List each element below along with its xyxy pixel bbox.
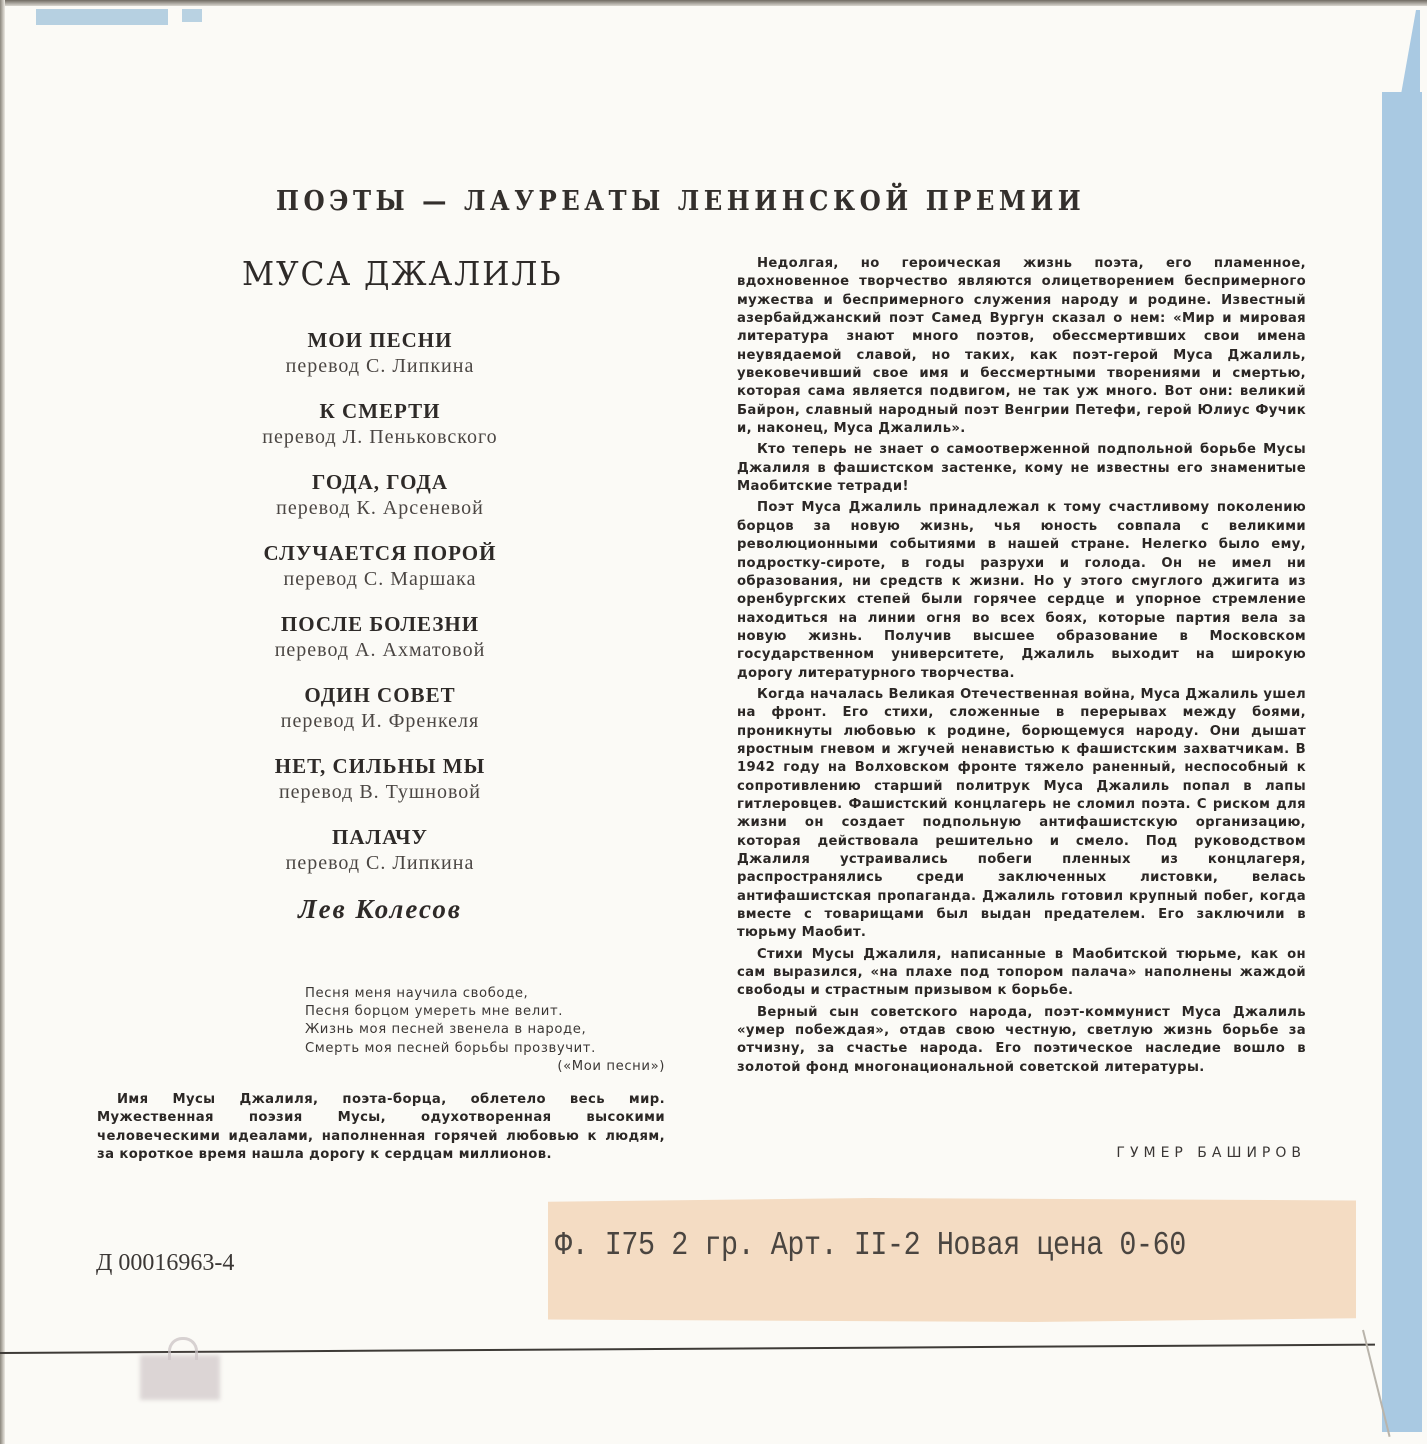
track-item: МОИ ПЕСНИ перевод С. Липкина: [230, 326, 530, 397]
article-paragraph: Поэт Муса Джалиль принадлежал к тому сча…: [737, 499, 1306, 682]
series-title: ПОЭТЫ — ЛАУРЕАТЫ ЛЕНИНСКОЙ ПРЕМИИ: [276, 186, 1032, 217]
track-translator: перевод К. Арсеневой: [230, 496, 530, 520]
track-item: ОДИН СОВЕТ перевод И. Френкеля: [230, 681, 530, 752]
tape-strip-right-top: [1400, 10, 1420, 100]
article-paragraph: Недолгая, но героическая жизнь поэта, ег…: [737, 255, 1306, 438]
performer-name: Лев Колесов: [230, 894, 530, 925]
track-item: НЕТ, СИЛЬНЫ МЫ перевод В. Тушновой: [230, 752, 530, 823]
article-paragraph: Кто теперь не знает о самоотверженной по…: [737, 441, 1306, 496]
track-translator: перевод Л. Пеньковского: [230, 425, 530, 449]
track-item: СЛУЧАЕТСЯ ПОРОЙ перевод С. Маршака: [230, 539, 530, 610]
tape-strip-top: [36, 9, 168, 25]
track-title: НЕТ, СИЛЬНЫ МЫ: [230, 752, 530, 780]
article-paragraph: Стихи Мусы Джалиля, написанные в Маобитс…: [737, 946, 1306, 1001]
tape-strip-right: [1382, 92, 1422, 1432]
poet-name: МУСА ДЖАЛИЛЬ: [242, 254, 562, 293]
intro-paragraph: Имя Мусы Джалиля, поэта-борца, облетело …: [97, 1091, 665, 1165]
track-item: ПАЛАЧУ перевод С. Липкина: [230, 823, 530, 894]
watermark-bag-icon: [140, 1355, 220, 1400]
track-title: ГОДА, ГОДА: [230, 468, 530, 496]
epigraph-line: Смерть моя песней борьбы прозвучит.: [305, 1040, 665, 1058]
track-translator: перевод С. Маршака: [230, 567, 530, 591]
article: Недолгая, но героическая жизнь поэта, ег…: [737, 255, 1306, 1080]
track-item: ПОСЛЕ БОЛЕЗНИ перевод А. Ахматовой: [230, 610, 530, 681]
article-paragraph: Когда началась Великая Отечественная вой…: [737, 686, 1306, 943]
track-title: ОДИН СОВЕТ: [230, 681, 530, 709]
epigraph-line: Жизнь моя песней звенела в народе,: [305, 1021, 665, 1039]
catalog-number: Д 00016963-4: [96, 1250, 234, 1277]
price-sticker-text: Ф. I75 2 гр. Арт. II-2 Новая цена 0-60: [555, 1227, 1186, 1264]
tape-strip-top-small: [182, 9, 202, 22]
epigraph-source: («Мои песни»): [305, 1058, 665, 1076]
article-paragraph: Верный сын советского народа, поэт-комму…: [737, 1004, 1306, 1077]
article-author: ГУМЕР БАШИРОВ: [1080, 1145, 1306, 1161]
track-translator: перевод В. Тушновой: [230, 780, 530, 804]
track-translator: перевод А. Ахматовой: [230, 638, 530, 662]
track-translator: перевод С. Липкина: [230, 354, 530, 378]
track-title: ПАЛАЧУ: [230, 823, 530, 851]
epigraph-line: Песня меня научила свободе,: [305, 985, 665, 1003]
epigraph: Песня меня научила свободе, Песня борцом…: [305, 985, 665, 1076]
sleeve-top-edge: [0, 0, 1427, 6]
track-translator: перевод С. Липкина: [230, 851, 530, 875]
track-title: МОИ ПЕСНИ: [230, 326, 530, 354]
inner-sleeve-edge-line: [0, 1344, 1375, 1354]
track-item: ГОДА, ГОДА перевод К. Арсеневой: [230, 468, 530, 539]
track-translator: перевод И. Френкеля: [230, 709, 530, 733]
sleeve-left-edge: [0, 0, 5, 1444]
track-title: СЛУЧАЕТСЯ ПОРОЙ: [230, 539, 530, 567]
epigraph-line: Песня борцом умереть мне велит.: [305, 1003, 665, 1021]
track-item: К СМЕРТИ перевод Л. Пеньковского: [230, 397, 530, 468]
tracklist: МОИ ПЕСНИ перевод С. Липкина К СМЕРТИ пе…: [230, 326, 530, 894]
track-title: ПОСЛЕ БОЛЕЗНИ: [230, 610, 530, 638]
track-title: К СМЕРТИ: [230, 397, 530, 425]
